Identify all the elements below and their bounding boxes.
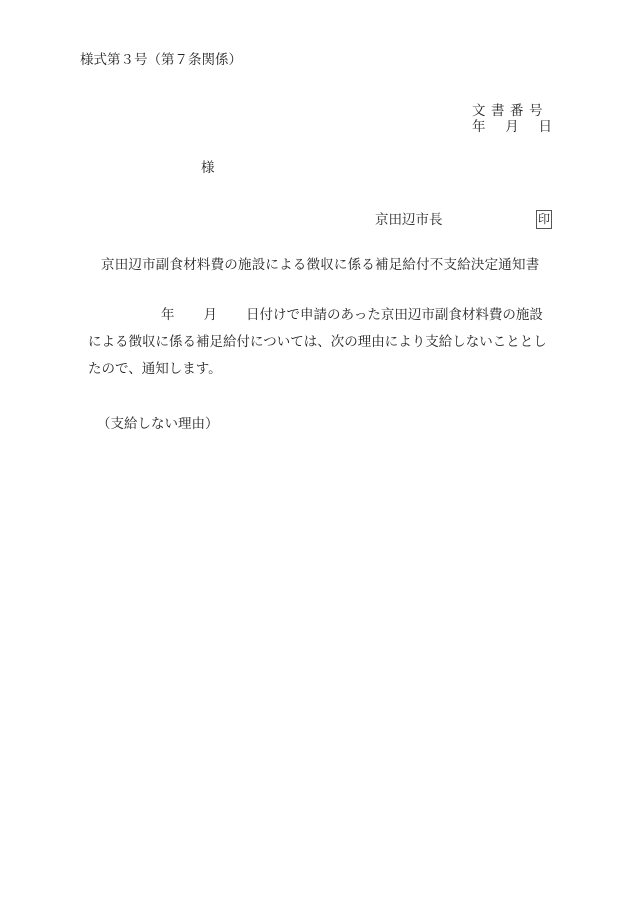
date-day-label: 日: [539, 119, 553, 135]
document-title: 京田辺市副食材料費の施設による徴収に係る補足給付不支給決定通知書: [101, 257, 539, 273]
issuer-name: 京田辺市長: [375, 212, 443, 228]
body-paragraph: 年 月 日付けで申請のあった京田辺市副食材料費の施設 による徴収に係る補足給付に…: [88, 307, 558, 388]
reason-heading: （支給しない理由）: [97, 416, 219, 432]
body-month-label: 月: [204, 307, 218, 334]
body-line-1-text: 日付けで申請のあった京田辺市副食材料費の施設: [246, 307, 543, 334]
addressee-suffix: 様: [201, 160, 215, 176]
body-line-3: たので、通知します。: [88, 361, 558, 388]
date-year-label: 年: [472, 119, 486, 135]
body-line-1: 年 月 日付けで申請のあった京田辺市副食材料費の施設: [88, 307, 558, 334]
document-number-label: 文書番号: [472, 103, 548, 119]
date-month-label: 月: [505, 119, 519, 135]
seal-mark-icon: 印: [536, 210, 552, 229]
form-number: 様式第３号（第７条関係）: [80, 52, 242, 68]
body-year-label: 年: [161, 307, 175, 334]
body-line-2: による徴収に係る補足給付については、次の理由により支給しないこととし: [88, 334, 558, 361]
issue-date: 年 月 日: [472, 119, 552, 135]
